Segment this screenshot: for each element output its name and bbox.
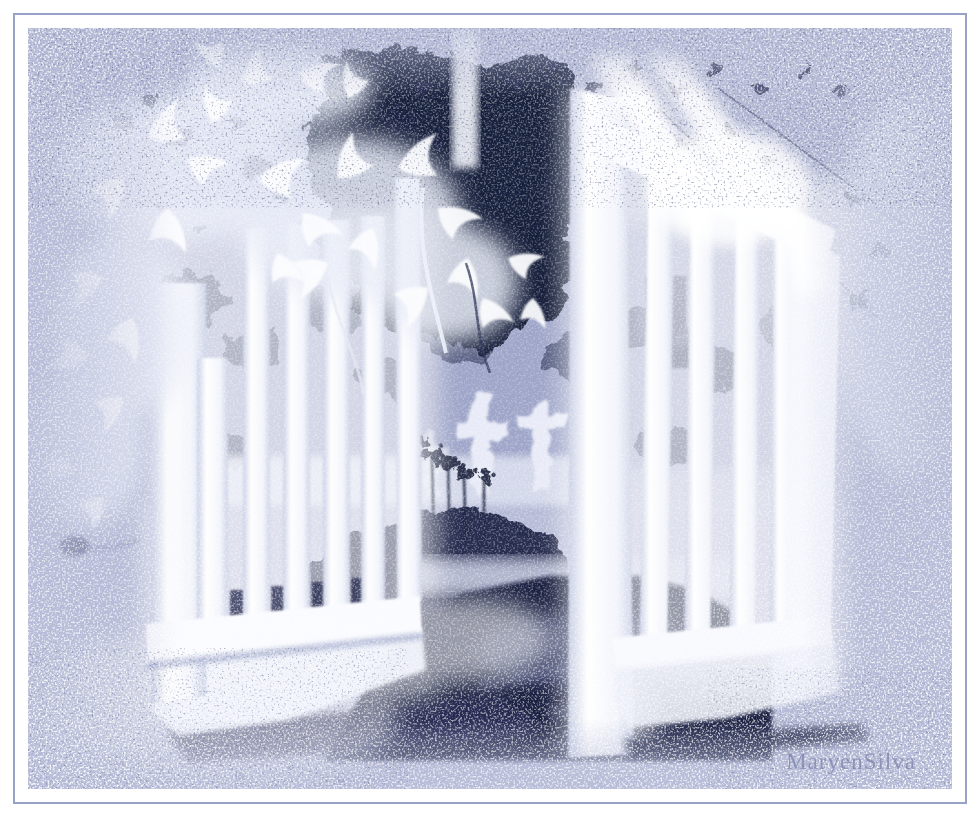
artist-signature: MaryenSilva — [786, 749, 916, 775]
gate-scene-graphic — [28, 28, 952, 789]
art-photo-open-gate: MaryenSilva — [28, 28, 952, 789]
speckled-border — [28, 28, 952, 789]
